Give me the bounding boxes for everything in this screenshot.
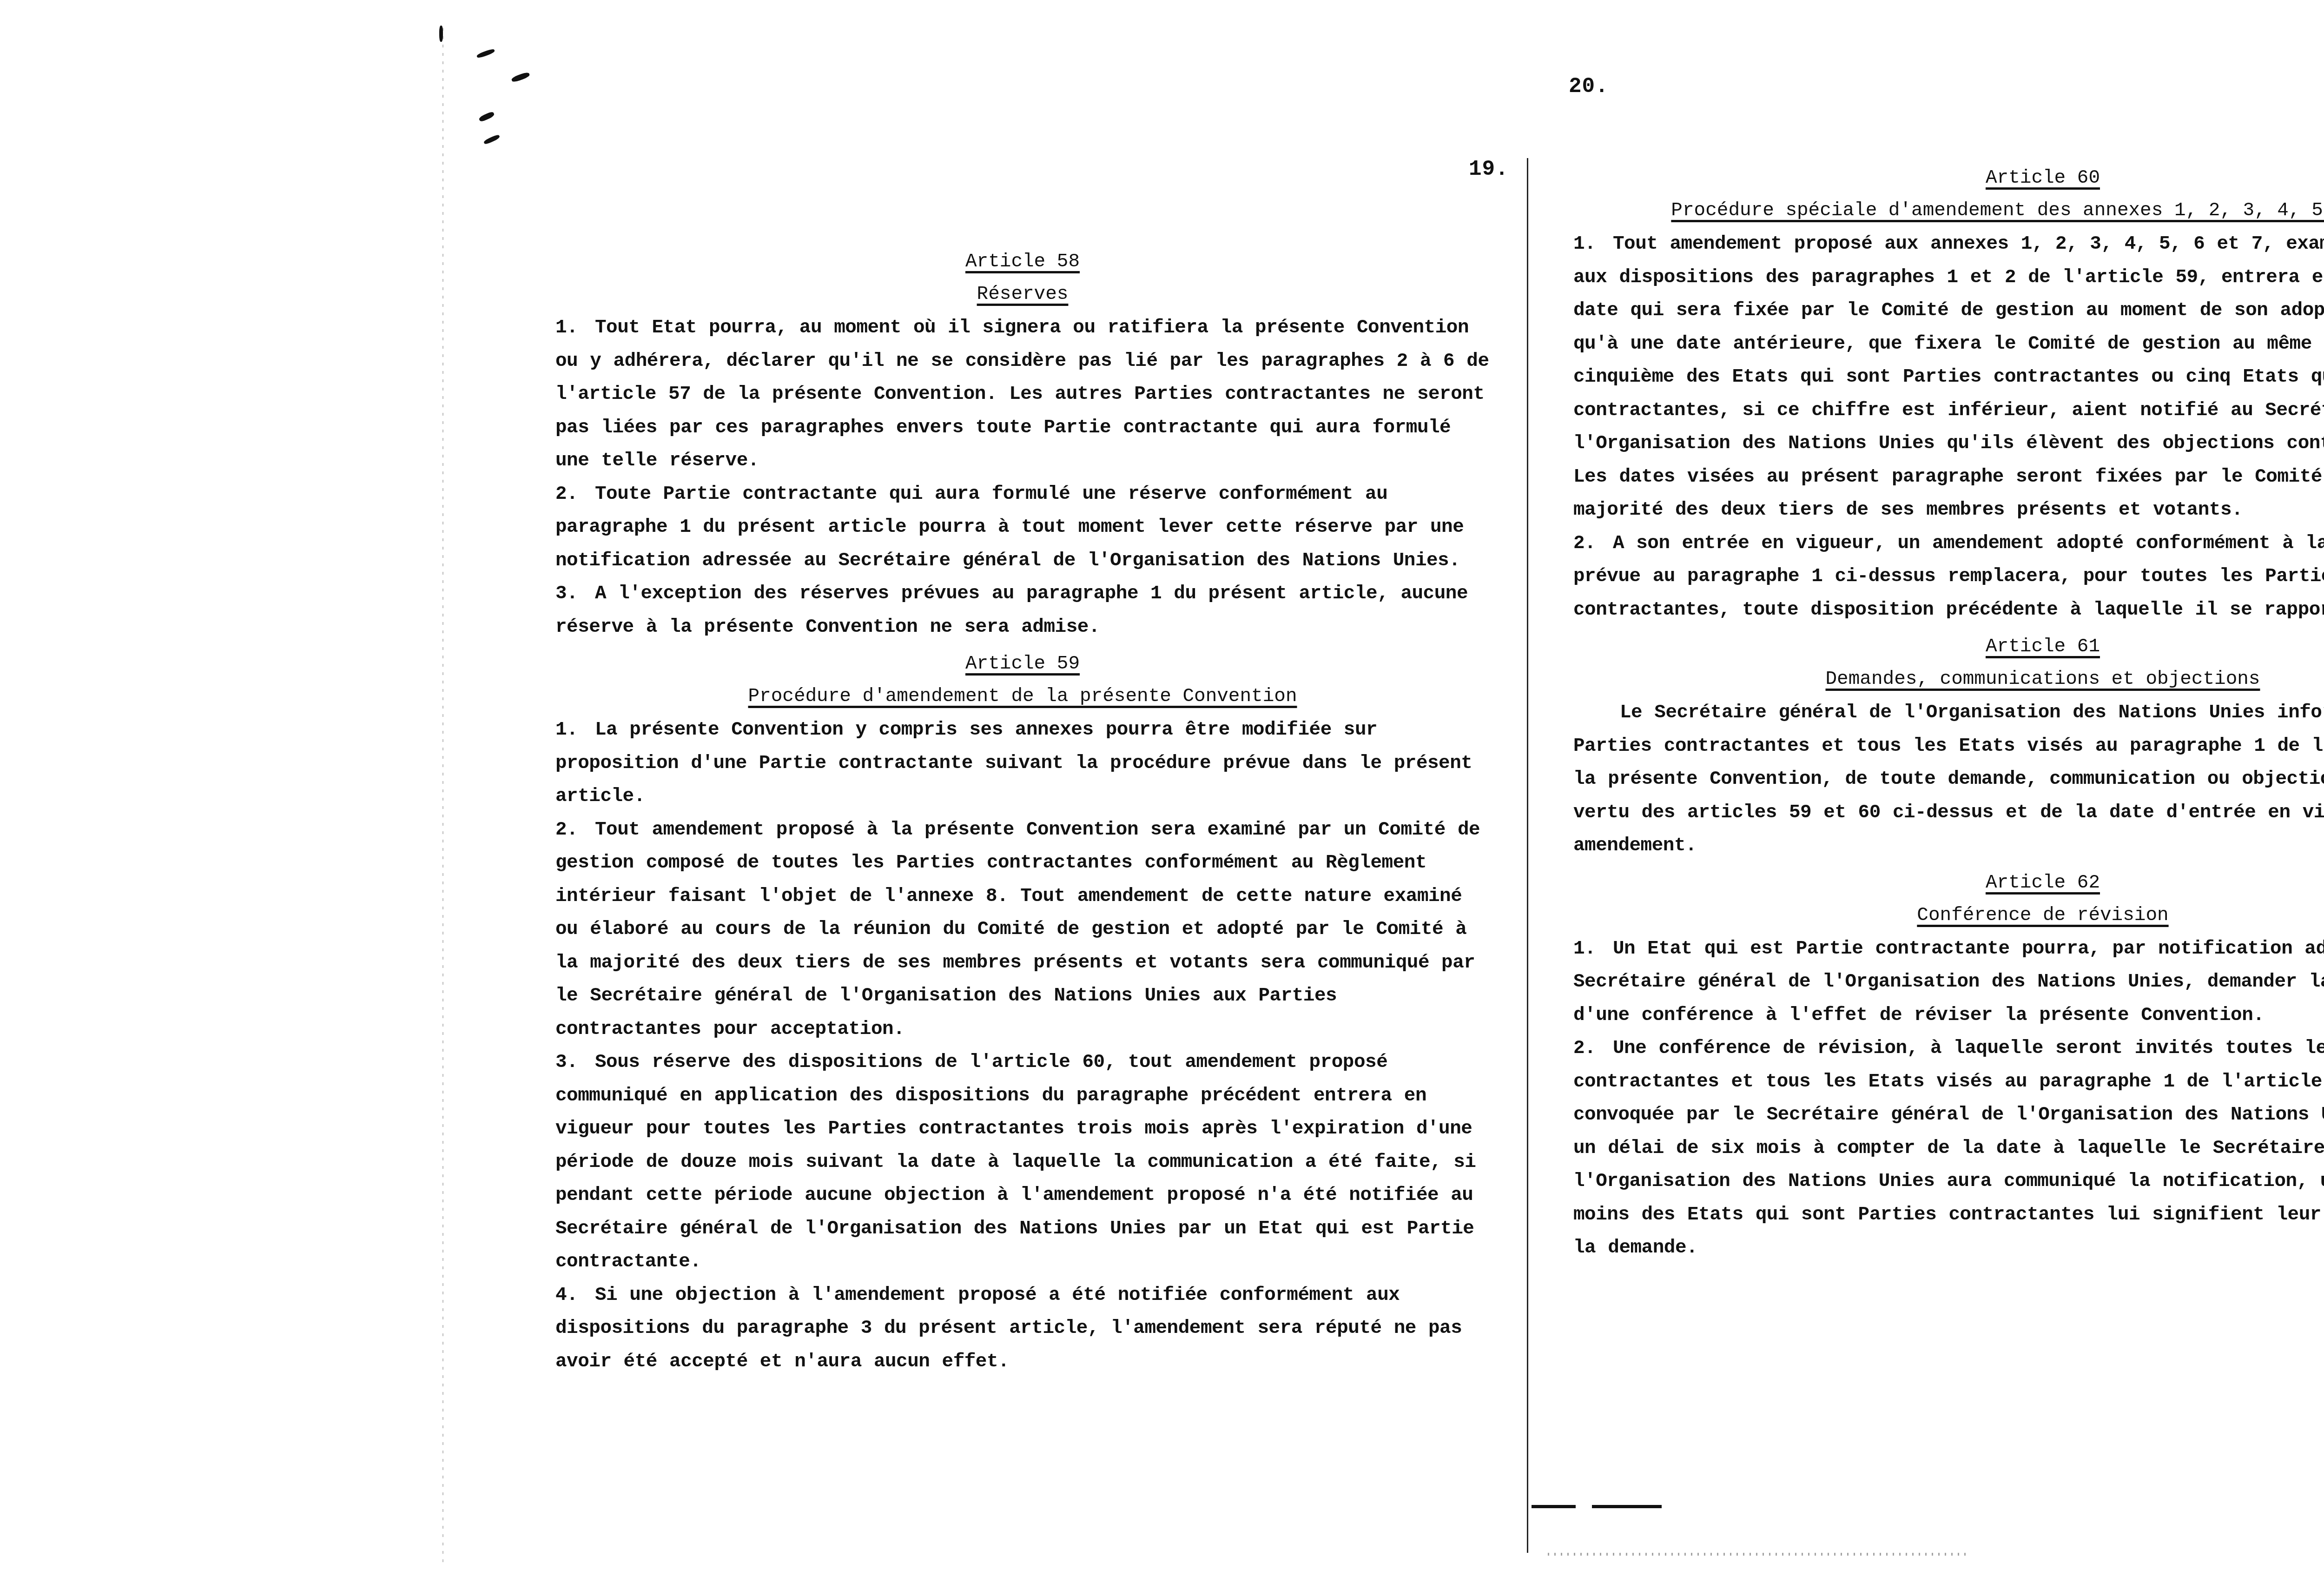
paragraph: 3.A l'exception des réserves prévues au … bbox=[555, 577, 1490, 644]
article-59: Article 59 Procédure d'amendement de la … bbox=[555, 648, 1490, 1378]
paragraph-text: Tout amendement proposé à la présente Co… bbox=[555, 819, 1480, 1040]
paragraph: 1.Un Etat qui est Partie contractante po… bbox=[1573, 933, 2324, 1033]
paragraph-text: Un Etat qui est Partie contractante pour… bbox=[1573, 938, 2324, 1026]
paragraph-text: Si une objection à l'amendement proposé … bbox=[555, 1285, 1462, 1372]
article-61: Article 61 Demandes, communications et o… bbox=[1573, 630, 2324, 863]
paragraph: 1.Tout Etat pourra, au moment où il sign… bbox=[555, 311, 1490, 478]
article-title: Article 59 bbox=[555, 648, 1490, 680]
paragraph-number: 2. bbox=[1573, 1032, 1613, 1066]
paragraph: 2.Tout amendement proposé à la présente … bbox=[555, 814, 1490, 1047]
article-title: Article 60 bbox=[1573, 162, 2324, 194]
left-page-content: Article 58 Réserves 1.Tout Etat pourra, … bbox=[555, 242, 1490, 1378]
paragraph: 2.Toute Partie contractante qui aura for… bbox=[555, 478, 1490, 578]
scan-speck bbox=[439, 26, 443, 42]
paragraph: 3.Sous réserve des dispositions de l'art… bbox=[555, 1046, 1490, 1279]
paragraph-text: Sous réserve des dispositions de l'artic… bbox=[555, 1052, 1476, 1272]
article-62: Article 62 Conférence de révision 1.Un E… bbox=[1573, 867, 2324, 1265]
paragraph-number: 1. bbox=[555, 311, 595, 345]
paragraph-number: 1. bbox=[1573, 228, 1613, 261]
article-60: Article 60 Procédure spéciale d'amendeme… bbox=[1573, 162, 2324, 627]
paragraph-number: 3. bbox=[555, 1046, 595, 1080]
article-title: Article 62 bbox=[1573, 867, 2324, 899]
scan-noise-strip bbox=[1548, 1553, 1966, 1556]
article-58: Article 58 Réserves 1.Tout Etat pourra, … bbox=[555, 245, 1490, 644]
paragraph-text: Toute Partie contractante qui aura formu… bbox=[555, 484, 1464, 571]
page-number-left: 19. bbox=[1469, 157, 1509, 181]
bottom-rule-mark bbox=[1592, 1505, 1662, 1508]
paragraph: 1.Tout amendement proposé aux annexes 1,… bbox=[1573, 228, 2324, 527]
article-subtitle: Réserves bbox=[555, 278, 1490, 311]
article-title: Article 58 bbox=[555, 245, 1490, 278]
paragraph: 2.Une conférence de révision, à laquelle… bbox=[1573, 1032, 2324, 1265]
paragraph-text: La présente Convention y compris ses ann… bbox=[555, 719, 1472, 807]
right-page-content: Article 60 Procédure spéciale d'amendeme… bbox=[1573, 158, 2324, 1265]
paragraph-text: Tout Etat pourra, au moment où il signer… bbox=[555, 317, 1489, 471]
paragraph-number: 2. bbox=[1573, 527, 1613, 561]
paragraph-number: 3. bbox=[555, 577, 595, 611]
paragraph-text: Tout amendement proposé aux annexes 1, 2… bbox=[1573, 233, 2324, 521]
paragraph-number: 1. bbox=[1573, 933, 1613, 966]
article-subtitle: Demandes, communications et objections bbox=[1573, 663, 2324, 696]
paragraph-text: A son entrée en vigueur, un amendement a… bbox=[1573, 533, 2324, 621]
paragraph-number: 1. bbox=[555, 714, 595, 747]
paragraph-text: Une conférence de révision, à laquelle s… bbox=[1573, 1038, 2324, 1259]
page-gutter-divider bbox=[1527, 158, 1528, 1553]
paragraph: Le Secrétaire général de l'Organisation … bbox=[1573, 696, 2324, 863]
paragraph-number: 2. bbox=[555, 814, 595, 847]
paragraph-text: A l'exception des réserves prévues au pa… bbox=[555, 583, 1468, 638]
article-subtitle: Procédure d'amendement de la présente Co… bbox=[555, 680, 1490, 713]
paragraph: 2.A son entrée en vigueur, un amendement… bbox=[1573, 527, 2324, 627]
article-subtitle: Conférence de révision bbox=[1573, 899, 2324, 932]
article-title: Article 61 bbox=[1573, 630, 2324, 663]
bottom-rule-mark bbox=[1532, 1505, 1576, 1508]
scan-edge-artifact bbox=[442, 28, 443, 1562]
article-subtitle: Procédure spéciale d'amendement des anne… bbox=[1573, 194, 2324, 227]
paragraph-number: 2. bbox=[555, 478, 595, 511]
paragraph-text: Le Secrétaire général de l'Organisation … bbox=[1573, 702, 2324, 856]
paragraph: 4.Si une objection à l'amendement propos… bbox=[555, 1279, 1490, 1379]
paragraph: 1.La présente Convention y compris ses a… bbox=[555, 714, 1490, 814]
paragraph-number: 4. bbox=[555, 1279, 595, 1312]
page-number-right: 20. bbox=[1569, 74, 1609, 99]
